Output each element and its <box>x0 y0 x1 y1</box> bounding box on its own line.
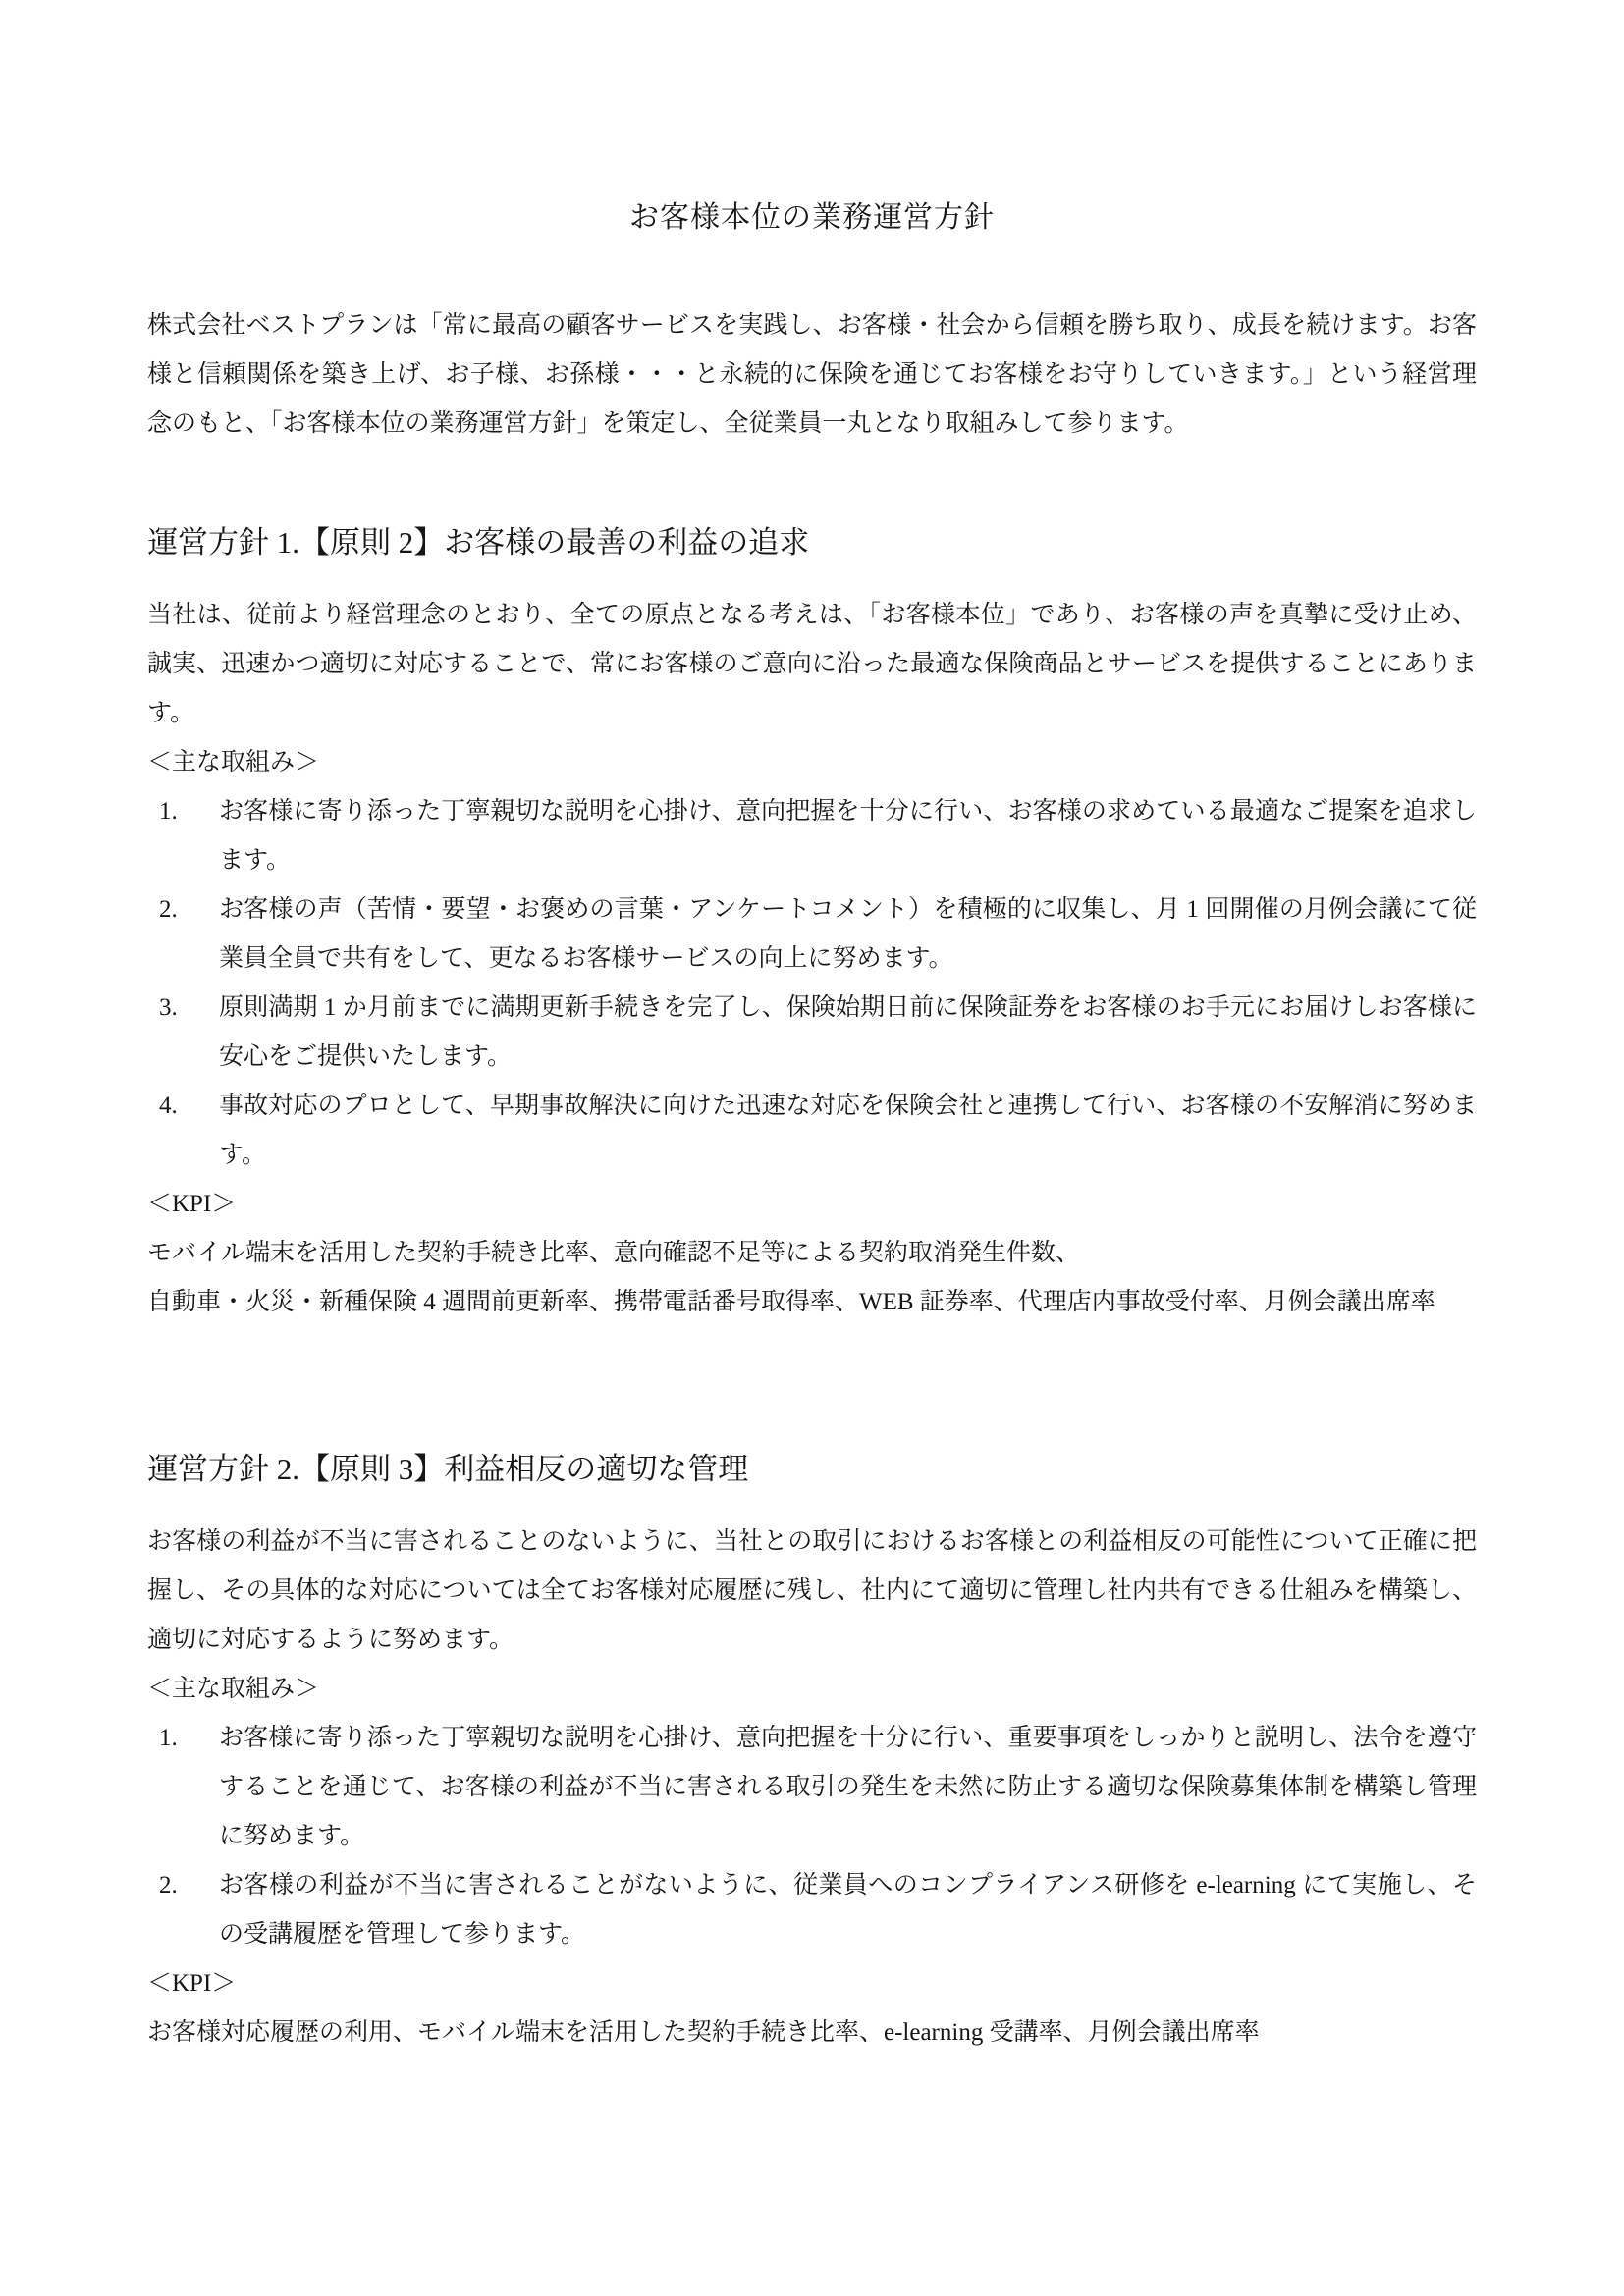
list-item: 3. 原則満期 1 か月前までに満期更新手続きを完了し、保険始期日前に保険証券を… <box>219 984 1477 1082</box>
list-item: 2. お客様の利益が不当に害されることがないように、従業員へのコンプライアンス研… <box>219 1861 1477 1959</box>
section-1-kpi-line: モバイル端末を活用した契約手続き比率、意向確認不足等による契約取消発生件数、 <box>147 1229 1477 1278</box>
section-2-heading: 運営方針 2.【原則 3】利益相反の適切な管理 <box>147 1445 1477 1494</box>
section-2-lead-paragraph: お客様の利益が不当に害されることのないように、当社との取引におけるお客様との利益… <box>147 1518 1477 1665</box>
list-item-number: 1. <box>159 787 178 836</box>
section-1-lead-paragraph: 当社は、従前より経営理念のとおり、全ての原点となる考えは、「お客様本位」であり、… <box>147 591 1477 738</box>
list-item-number: 3. <box>159 984 178 1033</box>
section-1-initiatives-list: 1. お客様に寄り添った丁寧親切な説明を心掛け、意向把握を十分に行い、お客様の求… <box>147 787 1477 1180</box>
intro-paragraph: 株式会社ベストプランは「常に最高の顧客サービスを実践し、お客様・社会から信頼を勝… <box>147 301 1477 449</box>
section-1-heading: 運営方針 1.【原則 2】お客様の最善の利益の追求 <box>147 518 1477 567</box>
list-item-text: お客様に寄り添った丁寧親切な説明を心掛け、意向把握を十分に行い、重要事項をしっか… <box>219 1725 1477 1849</box>
list-item: 1. お客様に寄り添った丁寧親切な説明を心掛け、意向把握を十分に行い、重要事項を… <box>219 1714 1477 1861</box>
section-policy-1: 運営方針 1.【原則 2】お客様の最善の利益の追求 当社は、従前より経営理念のと… <box>147 518 1477 1327</box>
document-page: お客様本位の業務運営方針 株式会社ベストプランは「常に最高の顧客サービスを実践し… <box>0 0 1624 2296</box>
section-1-kpi-line: 自動車・火災・新種保険 4 週間前更新率、携帯電話番号取得率、WEB 証券率、代… <box>147 1278 1477 1327</box>
list-item-text: お客様に寄り添った丁寧親切な説明を心掛け、意向把握を十分に行い、お客様の求めてい… <box>219 798 1477 874</box>
list-item-number: 2. <box>159 885 178 934</box>
section-2-initiatives-list: 1. お客様に寄り添った丁寧親切な説明を心掛け、意向把握を十分に行い、重要事項を… <box>147 1714 1477 1959</box>
section-policy-2: 運営方針 2.【原則 3】利益相反の適切な管理 お客様の利益が不当に害されること… <box>147 1445 1477 2057</box>
list-item: 4. 事故対応のプロとして、早期事故解決に向けた迅速な対応を保険会社と連携して行… <box>219 1082 1477 1180</box>
list-item-text: 原則満期 1 か月前までに満期更新手続きを完了し、保険始期日前に保険証券をお客様… <box>219 994 1477 1070</box>
section-2-kpi-label: ＜KPI＞ <box>147 1959 1477 2008</box>
document-title: お客様本位の業務運営方針 <box>147 193 1477 242</box>
list-item: 2. お客様の声（苦情・要望・お褒めの言葉・アンケートコメント）を積極的に収集し… <box>219 885 1477 984</box>
list-item-number: 4. <box>159 1082 178 1131</box>
section-1-kpi-label: ＜KPI＞ <box>147 1180 1477 1229</box>
list-item-text: 事故対応のプロとして、早期事故解決に向けた迅速な対応を保険会社と連携して行い、お… <box>219 1093 1477 1168</box>
list-item-text: お客様の声（苦情・要望・お褒めの言葉・アンケートコメント）を積極的に収集し、月 … <box>219 896 1477 972</box>
list-item: 1. お客様に寄り添った丁寧親切な説明を心掛け、意向把握を十分に行い、お客様の求… <box>219 787 1477 885</box>
list-item-number: 1. <box>159 1714 178 1763</box>
list-item-text: お客様の利益が不当に害されることがないように、従業員へのコンプライアンス研修を … <box>219 1872 1477 1948</box>
section-2-kpi-line: お客様対応履歴の利用、モバイル端末を活用した契約手続き比率、e-learning… <box>147 2008 1477 2057</box>
section-1-initiatives-label: ＜主な取組み＞ <box>147 738 1477 787</box>
list-item-number: 2. <box>159 1861 178 1910</box>
section-2-initiatives-label: ＜主な取組み＞ <box>147 1665 1477 1714</box>
